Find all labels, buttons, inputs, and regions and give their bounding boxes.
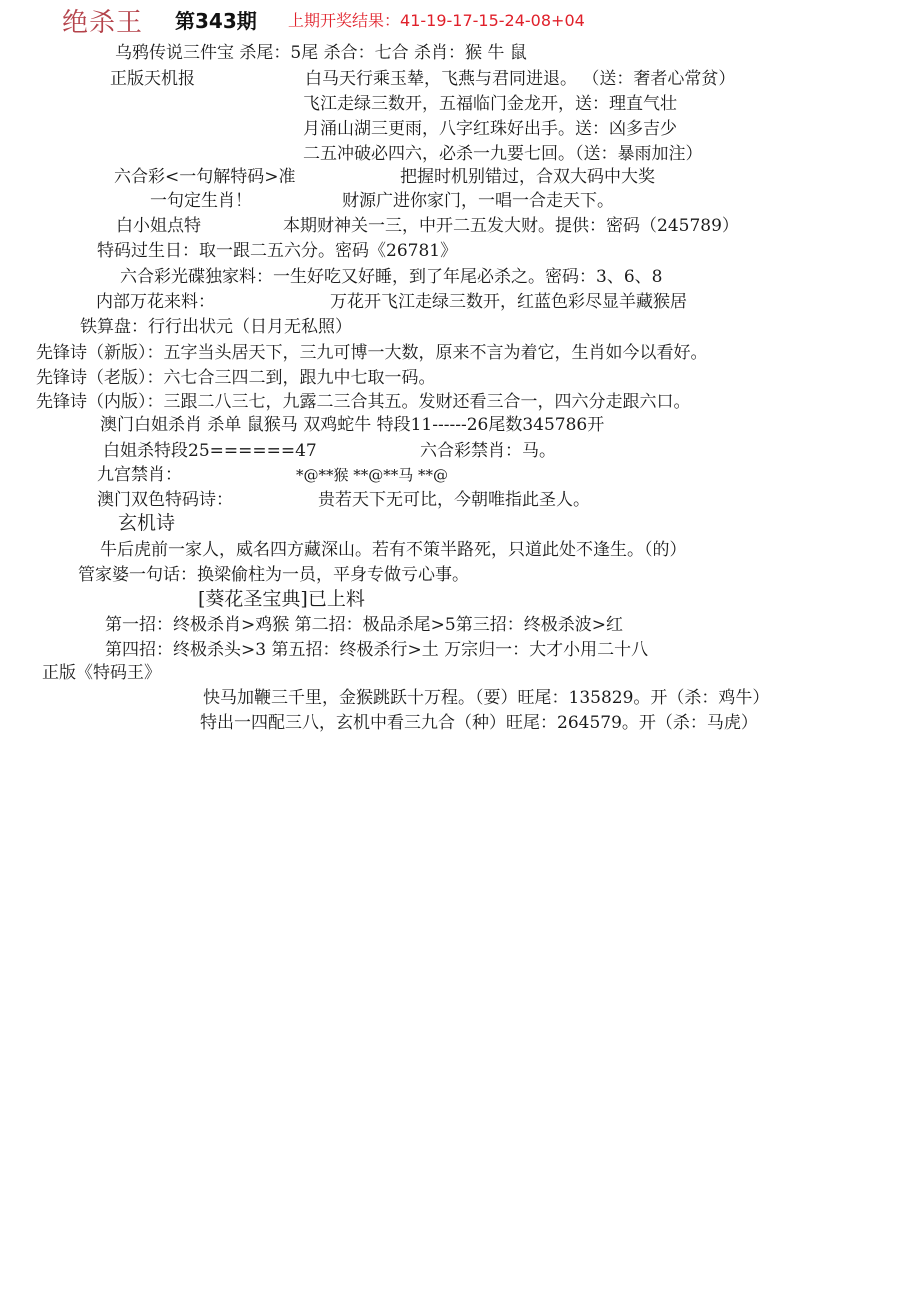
tianjibao-line-2: 飞江走绿三数开，五福临门金龙开，送：理直气壮 (303, 93, 677, 115)
dingshengxiao-label: 一句定生肖！ (150, 190, 252, 212)
tianjibao-line-3: 月涌山湖三更雨，八字红珠好出手。送：凶多吉少 (303, 118, 677, 140)
last-result-value: 41-19-17-15-24-08+04 (400, 11, 585, 30)
xuanji-text: 牛后虎前一家人，威名四方藏深山。若有不策半路死，只道此处不逢生。（的） (100, 539, 687, 561)
page-title: 绝杀王 (62, 2, 143, 39)
guanjiapo-line: 管家婆一句话：换梁偷柱为一员，平身专做亏心事。 (78, 564, 469, 586)
last-result-label: 上期开奖结果： (288, 11, 400, 30)
xianfeng-inner-line: 先锋诗（内版）：三跟二八三七，九露二三合其五。发财还看三合一，四六分走跟六口。 (36, 391, 691, 413)
baixiaojie-text: 本期财神关一三，中开二五发大财。提供：密码（245789） (283, 215, 739, 237)
xuanji-title: 玄机诗 (118, 512, 175, 534)
shengri-line: 特码过生日：取一跟二五六分。密码《26781》 (97, 240, 457, 262)
tematwang-label: 正版《特码王》 (42, 662, 161, 684)
jiugong-text: *@**猴 **@**马 **@ (296, 464, 448, 486)
tianjibao-line-1: 白马天行乘玉辇，飞燕与君同进退。 （送：奢者心常贫） (305, 68, 735, 90)
zhao-line-2: 第四招：终极杀头>3 第五招：终极杀行>土 万宗归一：大才小用二十八 (105, 639, 648, 661)
yiju-label: 六合彩<一句解特码>准 (114, 166, 296, 188)
aomen-baijie-line: 澳门白姐杀肖 杀单 鼠猴马 双鸡蛇牛 特段11------26尾数345786开 (100, 414, 604, 436)
tiesuanpan-line: 铁算盘：行行出状元（日月无私照） (80, 316, 352, 338)
yiju-text: 把握时机别错过，合双大码中大奖 (400, 166, 655, 188)
wuya-line: 乌鸦传说三件宝 杀尾：5尾 杀合：七合 杀肖：猴 牛 鼠 (115, 42, 527, 64)
wanhua-label: 内部万花来料： (96, 291, 215, 313)
dingshengxiao-text: 财源广进你家门，一唱一合走天下。 (342, 190, 614, 212)
jinxiao-line: 六合彩禁肖：马。 (420, 440, 556, 462)
baijie-teduan-line: 白姐杀特段25======47 (103, 440, 317, 462)
kuihua-title: [葵花圣宝典]已上料 (198, 588, 365, 610)
zhao-line-1: 第一招：终极杀肖>鸡猴 第二招：极品杀尾>5第三招：终极杀波>红 (105, 614, 623, 636)
guangdie-line: 六合彩光碟独家料：一生好吃又好睡，到了年尾必杀之。密码：3、6、8 (120, 266, 662, 288)
tianjibao-label: 正版天机报 (110, 68, 195, 90)
tianjibao-line-4: 二五冲破必四六，必杀一九要七回。（送：暴雨加注） (303, 143, 703, 165)
issue-number: 第343期 (175, 5, 257, 34)
xianfeng-new-line: 先锋诗（新版）：五字当头居天下，三九可博一大数，原来不言为着它，生肖如今以看好。 (36, 342, 708, 364)
baixiaojie-label: 白小姐点特 (116, 215, 201, 237)
last-result: 上期开奖结果：41-19-17-15-24-08+04 (288, 8, 585, 31)
jiugong-label: 九宫禁肖： (97, 464, 182, 486)
xianfeng-old-line: 先锋诗（老版）：六七合三四二到，跟九中七取一码。 (36, 367, 436, 389)
shuangse-text: 贵若天下无可比，今朝唯指此圣人。 (318, 489, 590, 511)
tematwang-line-2: 特出一四配三八，玄机中看三九合（种）旺尾：264579。开（杀：马虎） (200, 712, 758, 734)
wanhua-text: 万花开飞江走绿三数开，红蓝色彩尽显羊藏猴居 (330, 291, 687, 313)
shuangse-label: 澳门双色特码诗： (97, 489, 233, 511)
tematwang-line-1: 快马加鞭三千里，金猴跳跃十万程。（要）旺尾：135829。开（杀：鸡牛） (203, 687, 769, 709)
